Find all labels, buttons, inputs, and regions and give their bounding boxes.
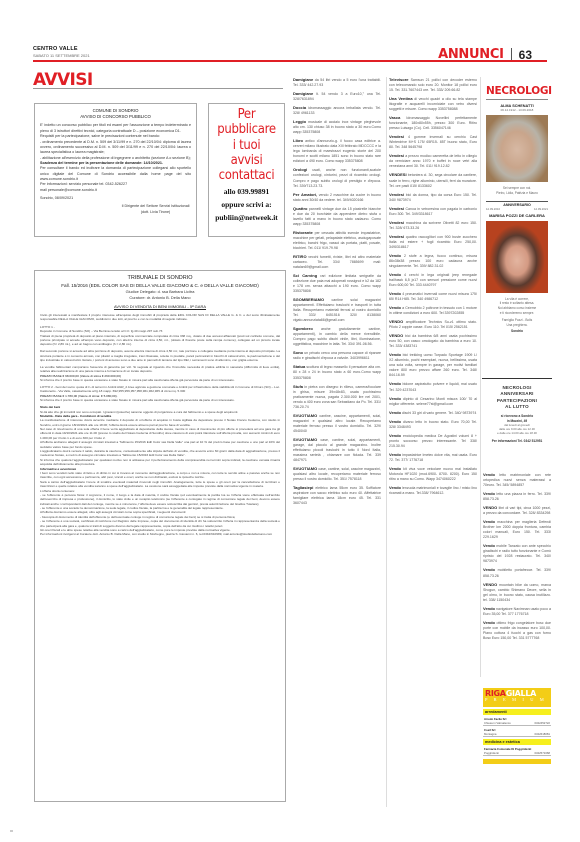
- ad-keyword: Damigiane: [293, 77, 313, 82]
- ad-keyword: Vendo: [483, 606, 495, 611]
- classified-ad: Televisore Samsun 21 pollici con decoder…: [389, 77, 477, 93]
- classified-ad: Vendesi Canoa in vetroresina con pagaia …: [389, 206, 477, 217]
- ad-keyword: Statua: [293, 364, 305, 369]
- business-row: Montagna0342618081: [483, 732, 551, 737]
- ad-text: enciclopedia medica De Agostini volumi 8…: [389, 434, 477, 448]
- business-row: Chiesa in Valmalenco0342452722: [483, 721, 551, 726]
- trib-paragraph: La manifestazione di interesse dovrà avv…: [40, 418, 280, 427]
- promo-line: contattaci: [211, 168, 282, 183]
- classified-ad: SVUOTIAMO cantine, cascine, appartamenti…: [293, 413, 381, 434]
- ad-keyword: SVUOTIAMO: [293, 466, 317, 471]
- classified-ad: Vendo navigatore Navimnan usato poco a E…: [483, 606, 551, 617]
- ad-keyword: Vendo: [483, 472, 495, 477]
- comune-paragraph: E' indetto un concorso pubblico per tito…: [40, 123, 191, 134]
- trib-paragraph: I beni sono venduti nello stato di fatto…: [40, 471, 280, 480]
- caption-line: Una preghiera.: [486, 323, 548, 328]
- promo-or-write: oppure scrivi a:: [211, 199, 282, 210]
- print-mark: [10, 830, 13, 832]
- paper-name: CENTRO VALLE: [33, 46, 90, 52]
- ad-text: bici trekking uomo Torpado Sportage 1909…: [389, 353, 477, 377]
- ad-text: kit viva voce veicolare nuovo mai instal…: [389, 467, 477, 481]
- ad-keyword: RITIRO: [293, 254, 307, 259]
- business-phone: 0342452722: [534, 721, 550, 725]
- obituary-photo: [486, 115, 548, 182]
- ad-text: antico d'annunzio-g. il fuoco casa editr…: [293, 139, 381, 163]
- trib-paragraph: Si informa che il prezzo base in questa …: [40, 378, 280, 382]
- trib-paragraph: Si informa che il prezzo base in questa …: [40, 398, 280, 402]
- ad-text: a Cernobbio 2 poltrone in tessuto con 1 …: [389, 306, 477, 315]
- anniversary-date-left: 12.09.2010: [486, 207, 500, 211]
- classified-ad: Vendo divano letto in buono stato. Euro …: [389, 419, 477, 430]
- trib-paragraph: - se l'offerente è una società, certific…: [40, 519, 280, 528]
- trib-paragraph: Si informa che qualora l'aggiudicatario …: [40, 458, 280, 467]
- caption-line: Pietro, Lidia, Patrizia e Mauro: [486, 191, 548, 196]
- ad-text: divano letto in buono stato. Euro 70,00 …: [389, 420, 477, 429]
- newspaper-page: CENTRO VALLE SABATO 11 SETTEMBRE 2021 AN…: [0, 0, 580, 842]
- ad-keyword: Vendo: [483, 543, 495, 548]
- anniversary-place: Sondrio: [486, 329, 548, 334]
- ad-keyword: Vendo: [389, 466, 401, 471]
- ad-keyword: Ristorante: [293, 230, 313, 235]
- classified-ad: Vendo mobile Tanzato con ante specchio g…: [483, 543, 551, 564]
- classified-ad: Quattro pannelli vintage due da 15 piast…: [293, 206, 381, 227]
- anniversary-dates: 12.09.2010 12.09.2021: [486, 207, 548, 211]
- classified-ad: Vendo 4 pneumatici invernali come nuovi …: [389, 291, 477, 302]
- ad-keyword: Vendo: [483, 491, 495, 496]
- classified-ad: Vendesi bici da donna, tipo da corsa Eur…: [389, 192, 477, 203]
- anniversary-photo: [486, 221, 548, 293]
- ad-keyword: VENDO: [483, 582, 497, 587]
- classified-ad: Vendo enciclopedia medica De Agostini vo…: [389, 433, 477, 449]
- ad-keyword: VENDO: [483, 505, 497, 510]
- directory-category: arredamenti: [483, 709, 551, 715]
- issue-date: SABATO 11 SETTEMBRE 2021: [33, 53, 90, 58]
- classified-ad: Vendo bidone aspiratutto polvere e liqui…: [389, 381, 477, 392]
- comune-paragraph: Per consultare il bando ed inoltrare la …: [40, 166, 191, 182]
- ad-keyword: Orologi: [293, 167, 307, 172]
- caption-line: e ti ricorderemo sempre.: [486, 311, 548, 316]
- tribunale-notice-title: AVVISO DI VENDITA DI BENI IMMOBILI - 5ª …: [40, 304, 280, 310]
- classified-ad: Vendo impastatrice Imetec dolce vita, ma…: [389, 452, 477, 463]
- ad-text: amplificatore Technics Su-z1 ottimo stat…: [389, 320, 477, 329]
- classified-ad: Vendo dipinto di Cesarino Monti misura 1…: [389, 396, 477, 407]
- ad-keyword: Vendo: [389, 253, 401, 258]
- rigagialla-premium: P R E M I U M: [485, 697, 549, 702]
- ad-keyword: Vendo: [483, 519, 495, 524]
- classified-ad: RITIRO vecchi fumetti, riviste, libri ed…: [293, 254, 381, 270]
- tribunale-notice: TRIBUNALE DI SONDRIO Fall. 15/2016 (EDIL…: [34, 270, 286, 802]
- obituary-caption: Sei sempre con noi. Pietro, Lidia, Patri…: [486, 186, 548, 196]
- ad-text: vecchi fumetti, riviste, libri ed altro …: [293, 255, 381, 269]
- service-hours: dal lunedì al giovedì dalle ore 9.00 all…: [482, 423, 552, 435]
- classified-ad: Sono un privato cerco una persona capace…: [293, 350, 381, 361]
- ad-keyword: Vendo: [389, 272, 401, 277]
- classified-ad: Tagliasiepi elettrico lama 55cm euro 35.…: [293, 485, 381, 506]
- comune-email: mail personale@comune.sondrio.it: [40, 188, 191, 193]
- classified-ad: VENDESI betoniera cl. 30, sega circolare…: [389, 172, 477, 188]
- ad-keyword: Vendesi: [389, 134, 404, 139]
- trib-paragraph: La vendite fallimentari comportano l'ass…: [40, 365, 280, 374]
- ad-keyword: VENDO: [389, 319, 403, 324]
- classified-ad: Vendo ottimo frigo congelatore bosc due …: [483, 620, 551, 641]
- ad-keyword: Damigiane: [293, 91, 313, 96]
- trib-paragraph: All'offerta andranno allegati 2 assegni …: [40, 440, 280, 449]
- comune-date: Sondrio, 08/09/2021: [40, 196, 191, 201]
- ad-text: usati, anche non funzionanti,scatole con…: [293, 168, 381, 187]
- ad-keyword: Vendo: [389, 452, 401, 457]
- ad-keyword: Vendo: [389, 352, 401, 357]
- classified-ad: Sgombero anche gratuitamente cantine, ap…: [293, 326, 381, 347]
- ad-text: 4 pneumatici invernali come nuovi misura…: [389, 292, 477, 301]
- classified-ad: Vendo dischi 33 giri di vario genere. Te…: [389, 410, 477, 416]
- ad-text: musicale di acciaio inox vintage pieghev…: [293, 120, 381, 134]
- classified-ad: Orologi usati, anche non funzionanti,sca…: [293, 167, 381, 188]
- ad-keyword: Vendo: [389, 419, 401, 424]
- ad-text: dischi 33 giri di vario genere. Tel. 340…: [402, 411, 476, 415]
- tribunale-title: TRIBUNALE DI SONDRIO: [40, 275, 280, 283]
- column-divider: [386, 77, 387, 807]
- ad-keyword: SVUOTIAMO: [293, 437, 317, 442]
- ad-keyword: Vendo: [389, 291, 401, 296]
- classified-ad: Ristorante per cessata attività svende i…: [293, 230, 381, 251]
- classified-ad: Vendo bici trekking uomo Torpado Sportag…: [389, 352, 477, 378]
- header-rule: [33, 60, 547, 62]
- classified-ad: VENDO mountain bike da uomo, marca Shogu…: [483, 582, 551, 603]
- avvisi-title: AVVISI: [33, 70, 93, 90]
- ad-keyword: Televisore: [389, 77, 409, 82]
- classified-ad: Vendo macchina per maglieria Defendi Bro…: [483, 519, 551, 540]
- tribunale-curator: Curatore: dr. Antonio B. Della Mano: [40, 295, 280, 301]
- classified-ad: Vasca Idromassaggio Novellini perfettame…: [389, 115, 477, 131]
- classifieds-column-3: Vendo letto matrimoniale con rete ortope…: [483, 472, 551, 644]
- promo-line: avvisi: [211, 153, 282, 168]
- promo-line: i tuoi: [211, 138, 282, 153]
- trib-paragraph: LOTTO 2 - beni del socio: quota di ¼ di …: [40, 385, 280, 394]
- service-address: si ricevono a Sondrio in Mazzini, 49: [482, 414, 552, 423]
- ad-keyword: Tagliasiepi: [293, 485, 313, 490]
- ad-keyword: VENDESI: [389, 172, 407, 177]
- ad-text: 2 stufe a legna, fuoco continuo, misura …: [389, 254, 477, 268]
- classified-ad: Vendo 2 stufe a legna, fuoco continuo, m…: [389, 253, 477, 269]
- ad-keyword: Per Amatori,: [293, 192, 317, 197]
- classifieds-column-2: Televisore Samsun 21 pollici con decoder…: [389, 77, 477, 499]
- trib-paragraph: - se l'offerente è persona fisica: il co…: [40, 493, 280, 506]
- promo-line: pubblicare: [211, 122, 282, 137]
- directory-category: medicina e estetica: [483, 739, 551, 745]
- ad-keyword: Vendo: [483, 620, 495, 625]
- anniversary-caption: La vita è correre, il resto è soltanto a…: [486, 297, 548, 335]
- masthead: CENTRO VALLE SABATO 11 SETTEMBRE 2021: [33, 46, 90, 58]
- ad-keyword: Libro: [293, 138, 303, 143]
- ad-keyword: SGOMBERIAMO: [293, 297, 324, 302]
- hours-line: e dalle ore 14.00 alle ore 18.30: [482, 431, 552, 435]
- classified-ad: SGOMBERIAMO cantine solai magazzini appa…: [293, 297, 381, 323]
- anniversary-date-right: 12.09.2021: [534, 207, 548, 211]
- classified-ad: VENDO libri di vari tipi, circa 1000 pez…: [483, 505, 551, 516]
- classified-ad: VENDO bici da bambina 6/8 anni usata poc…: [389, 333, 477, 349]
- classified-ad: Vendesi 4 gomme invernali su cerchio Cas…: [389, 134, 477, 150]
- ad-text: bidone aspiratutto polvere e liquidi, ma…: [389, 382, 477, 391]
- classified-ad: Vendesi macchina da scrivere Olivetti 82…: [389, 220, 477, 231]
- classified-ad: Vendesi a prezzo modico cameretta de let…: [389, 153, 477, 169]
- trib-paragraph: Nel caso di ricevimento di una sola offe…: [40, 427, 280, 440]
- service-info: Per informazioni Tel. 0342 512951: [482, 439, 552, 443]
- ad-keyword: Vendesi: [389, 153, 404, 158]
- ad-text: dipinto di Cesarino Monti misura 100/ 70…: [389, 397, 477, 406]
- classified-ad: VENDO amplificatore Technics Su-z1 ottim…: [389, 319, 477, 330]
- business-town: Montagna: [484, 732, 496, 736]
- signature-name: (dott. Livia Tirone): [120, 210, 191, 215]
- business-row: Poggiridenti0342571668: [483, 751, 551, 756]
- comune-notice: COMUNE DI SONDRIO AVVISO DI CONCORSO PUB…: [34, 103, 197, 237]
- ad-text: idromassaggio ancora imballata vendo. Te…: [293, 106, 381, 115]
- promo-email[interactable]: publiin@netweek.it: [211, 212, 282, 223]
- classified-ad: Sci Carving rari edizione limitata serig…: [293, 273, 381, 294]
- trib-paragraph: Trattasi di piena proprietà di deposito …: [40, 334, 280, 347]
- trib-paragraph: Dal secondo portone si accede ad altra p…: [40, 349, 280, 362]
- ad-text: scultura di legno massello il pensatore …: [293, 365, 381, 379]
- classified-ad: Leggio musicale di acciaio inox vintage …: [293, 119, 381, 135]
- ad-keyword: Doccia: [293, 105, 306, 110]
- classified-ad: Stufa in pietra con disegno in rilievo, …: [293, 384, 381, 410]
- ad-keyword: Una Ventina: [389, 96, 413, 101]
- obituary-service-box: NECROLOGI ANNIVERSARI PARTECIPAZIONI AL …: [482, 378, 552, 443]
- classified-ad: Vendesi quattro raccoglitori con 900 bus…: [389, 234, 477, 250]
- column-divider: [480, 77, 481, 677]
- ad-keyword: Vendo: [389, 433, 401, 438]
- service-line: AL LUTTO: [482, 404, 552, 410]
- ad-keyword: Sgombero: [293, 326, 313, 331]
- classified-ad: Damigiane lt. 54 vendo 3 a Euro10,° una …: [293, 91, 381, 102]
- ad-text: lenzuola matrimoniali e tovaglie lino / …: [389, 486, 477, 495]
- ad-keyword: Vendesi: [389, 234, 404, 239]
- anniversary-rule: [486, 201, 548, 202]
- classified-ad: Una Ventina di vecchi quadri a olio su t…: [389, 96, 477, 112]
- ad-keyword: Vendo: [389, 396, 401, 401]
- classified-ad: Vendo 4 cerchi in lega originali jeep re…: [389, 272, 477, 288]
- classified-ad: Vendo letto una piazza in ferro. Tel. 33…: [483, 491, 551, 502]
- promo-phone: allo 039.99891: [211, 186, 282, 197]
- classified-ad: Vendo a Cernobbio 2 poltrone in tessuto …: [389, 305, 477, 316]
- business-town: Poggiridenti: [484, 751, 499, 755]
- ad-keyword: Vendo: [483, 567, 495, 572]
- ad-text: bici da bambina 6/8 anni usata pochissim…: [389, 334, 477, 348]
- business-phone: 0342571668: [534, 751, 550, 755]
- ad-text: impastatrice Imetec dolce vita, mai usat…: [389, 453, 477, 462]
- trib-contact: Per informazioni rivolgersi al Curatore …: [40, 532, 280, 536]
- classified-ad: SVUOTIAMO case, cantine, solai, cascine …: [293, 466, 381, 482]
- obituary-dates: 06.12.1912 - 13.09.2018: [486, 108, 548, 112]
- ad-text: in pietra con disegno in rilievo, camera…: [293, 385, 381, 409]
- ad-keyword: Vendo: [389, 410, 401, 415]
- business-phone: 0342618081: [534, 732, 550, 736]
- classified-ad: Statua scultura di legno massello il pen…: [293, 364, 381, 380]
- rigagialla-bottom-bar: [483, 759, 551, 764]
- ad-keyword: Vendesi: [389, 206, 404, 211]
- classified-ad: Vendo kit viva voce veicolare nuovo mai …: [389, 466, 477, 482]
- ad-keyword: Vendo: [389, 485, 401, 490]
- classified-ad: Vendo mobiletto portafrecce. Tel. 339/ 8…: [483, 567, 551, 578]
- ad-keyword: Leggio: [293, 119, 306, 124]
- classified-ad: Doccia idromassaggio ancora imballata ve…: [293, 105, 381, 116]
- ad-keyword: Vendo: [389, 305, 401, 310]
- ad-text: Idromassaggio Novellini perfettamente fu…: [389, 116, 477, 130]
- necrologi-rule: [486, 99, 548, 100]
- ad-keyword: Vendesi: [389, 192, 404, 197]
- trib-paragraph: L'aggiudicatario dovrà versare il saldo,…: [40, 449, 280, 458]
- ad-keyword: Vendesi: [389, 220, 404, 225]
- anniversary-name: MARISA POZZI DE CARLERA: [486, 213, 548, 218]
- necrologi-title: NECROLOGI: [486, 85, 552, 97]
- avvisi-rule: [33, 88, 283, 89]
- classified-ad: Vendo lenzuola matrimoniali e tovaglie l…: [389, 485, 477, 496]
- ad-keyword: Sono: [293, 350, 303, 355]
- classified-ad: Libro antico d'annunzio-g. il fuoco casa…: [293, 138, 381, 164]
- comune-paragraph: - ordinamento precedente al D.M. n. 509 …: [40, 140, 191, 156]
- ad-keyword: Vasca: [389, 115, 400, 120]
- comune-subtitle: AVVISO DI CONCORSO PUBBLICO: [40, 114, 191, 120]
- ad-keyword: Sci Carving: [293, 273, 317, 278]
- classified-ad: Per Amatori, vendo 2 macchine da cucire …: [293, 192, 381, 203]
- trib-paragraph: Invito gli interessati a manifestare il …: [40, 313, 280, 322]
- ad-text: un privato cerco una persona capace di r…: [293, 351, 381, 360]
- ad-keyword: Quattro: [293, 206, 307, 211]
- rigagialla-logo: RIGAGIALLA P R E M I U M: [483, 688, 551, 707]
- ad-text: 4 cerchi in lega originali jeep renegade…: [389, 273, 477, 287]
- publish-promo: Per pubblicare i tuoi avvisi contattaci …: [208, 103, 285, 237]
- classified-ad: SVUOTIAMO case, cantine, solai, appartam…: [293, 437, 381, 463]
- classifieds-column-1: Damigiane da 54 litri vendo a 5 euro l'u…: [293, 77, 381, 509]
- ad-keyword: Stufa: [293, 384, 303, 389]
- trib-paragraph: Sarà a carico dell'aggiudicatario l'oner…: [40, 480, 280, 489]
- ad-keyword: VENDO: [389, 333, 403, 338]
- promo-line: Per: [211, 107, 282, 122]
- business-town: Chiesa in Valmalenco: [484, 721, 511, 725]
- rigagialla-directory: RIGAGIALLA P R E M I U M arredamenti Arr…: [483, 688, 551, 764]
- ad-keyword: Vendo: [389, 381, 401, 386]
- classified-ad: Damigiane da 54 litri vendo a 5 euro l'u…: [293, 77, 381, 88]
- ad-text: pannelli vintage due da 15 piastrelle bi…: [293, 207, 381, 226]
- obituary-entry: ALMA SCHENATTI 06.12.1912 - 13.09.2018 S…: [486, 104, 548, 334]
- comune-signature: Il Dirigente del Settore Servizi Istituz…: [40, 204, 191, 215]
- classified-ad: Vendo letto matrimoniale con rete ortope…: [483, 472, 551, 488]
- ad-keyword: SVUOTIAMO: [293, 413, 317, 418]
